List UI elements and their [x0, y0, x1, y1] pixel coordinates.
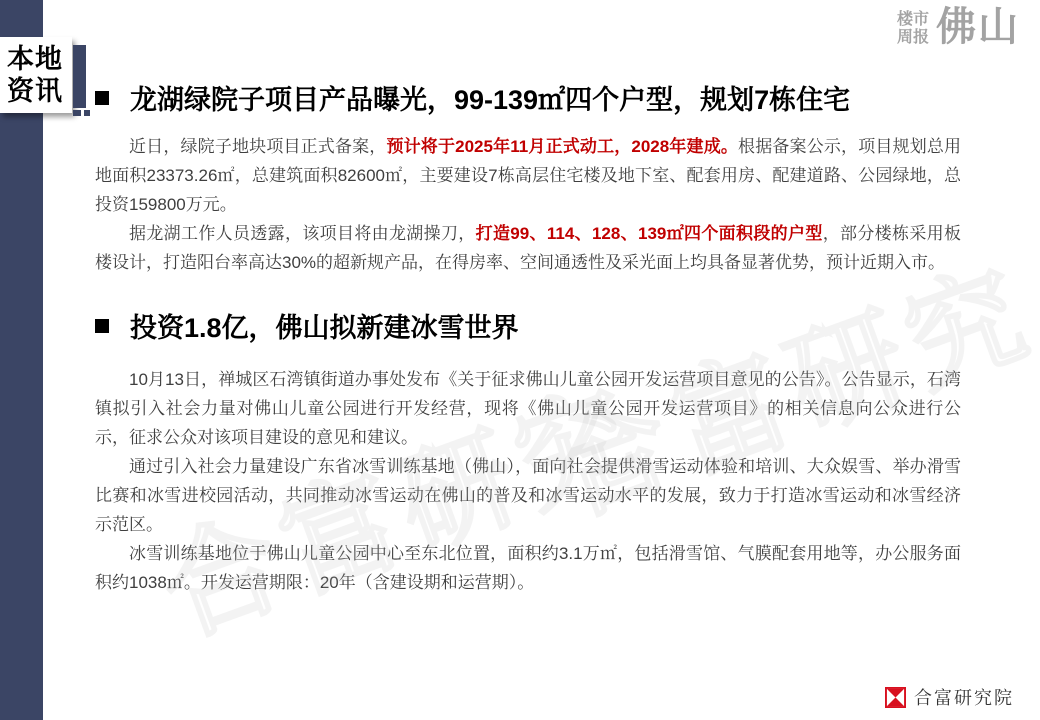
article2-paragraph: 通过引入社会力量建设广东省冰雪训练基地（佛山），面向社会提供滑雪运动体验和培训、…: [95, 452, 961, 539]
body-text: 10月13日，禅城区石湾镇街道办事处发布《关于征求佛山儿童公园开发运营项目意见的…: [95, 370, 961, 447]
article1-headline: 龙湖绿院子项目产品曝光，99-139㎡四个户型，规划7栋住宅: [95, 78, 850, 117]
body-text: 近日，绿院子地块项目正式备案，: [129, 137, 386, 156]
body-text: 通过引入社会力量建设广东省冰雪训练基地（佛山），面向社会提供滑雪运动体验和培训、…: [95, 457, 961, 534]
emphasis-text: 打造99、114、128、139㎡四个面积段的户型: [476, 224, 823, 243]
body-text: 据龙湖工作人员透露，该项目将由龙湖操刀，: [129, 224, 476, 243]
square-bullet-icon: [95, 91, 109, 105]
article1-paragraph: 近日，绿院子地块项目正式备案，预计将于2025年11月正式动工，2028年建成。…: [95, 132, 961, 219]
body-text: 冰雪训练基地位于佛山儿童公园中心至东北位置，面积约3.1万㎡，包括滑雪馆、气膜配…: [95, 544, 961, 592]
section-label-dot: [84, 110, 90, 116]
footer-brand: 合富研究院: [885, 684, 1014, 710]
masthead: 楼市 周报 佛山: [897, 5, 1020, 49]
emphasis-text: 预计将于2025年11月正式动工，2028年建成。: [386, 137, 738, 156]
slide-canvas: 本地 资讯 楼市 周报 佛山 龙湖绿院子项目产品曝光，99-139㎡四个户型，规…: [0, 0, 1040, 720]
article1-body: 近日，绿院子地块项目正式备案，预计将于2025年11月正式动工，2028年建成。…: [95, 132, 961, 277]
footer-brand-text: 合富研究院: [914, 684, 1014, 710]
article2-headline-text: 投资1.8亿，佛山拟新建冰雪世界: [130, 306, 519, 345]
section-label-accent-bar: [73, 45, 86, 108]
article2-paragraph: 10月13日，禅城区石湾镇街道办事处发布《关于征求佛山儿童公园开发运营项目意见的…: [95, 365, 961, 452]
section-label-dot: [73, 110, 81, 116]
hopefluent-logo-icon: [885, 687, 906, 708]
section-label-box: 本地 资讯: [0, 37, 72, 113]
article2-headline: 投资1.8亿，佛山拟新建冰雪世界: [95, 306, 519, 345]
masthead-city: 佛山: [936, 5, 1020, 49]
article1-paragraph: 据龙湖工作人员透露，该项目将由龙湖操刀，打造99、114、128、139㎡四个面…: [95, 219, 961, 277]
section-label-line1: 本地: [7, 43, 72, 75]
square-bullet-icon: [95, 319, 109, 333]
section-label-line2: 资讯: [7, 75, 72, 107]
masthead-series: 楼市 周报: [897, 11, 929, 47]
article1-headline-text: 龙湖绿院子项目产品曝光，99-139㎡四个户型，规划7栋住宅: [130, 78, 850, 117]
masthead-series-top: 楼市: [897, 11, 929, 29]
masthead-series-bottom: 周报: [897, 29, 929, 47]
article2-paragraph: 冰雪训练基地位于佛山儿童公园中心至东北位置，面积约3.1万㎡，包括滑雪馆、气膜配…: [95, 539, 961, 597]
article2-body: 10月13日，禅城区石湾镇街道办事处发布《关于征求佛山儿童公园开发运营项目意见的…: [95, 365, 961, 597]
